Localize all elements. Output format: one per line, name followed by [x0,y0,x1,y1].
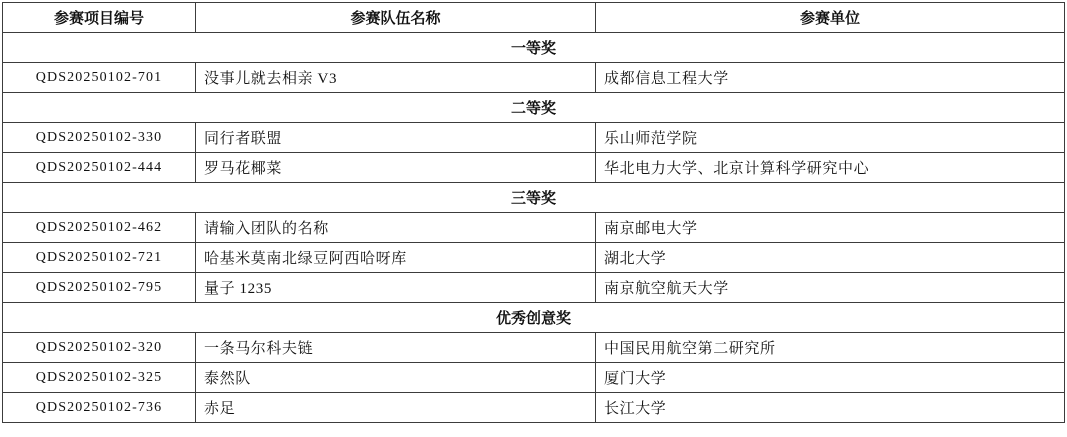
cell-team-name: 一条马尔科夫链 [196,333,596,363]
section-title: 优秀创意奖 [3,303,1065,333]
cell-organization: 长江大学 [596,393,1065,423]
table-row: QDS20250102-325 泰然队 厦门大学 [3,363,1065,393]
section-row-third-prize: 三等奖 [3,183,1065,213]
table-row: QDS20250102-444 罗马花椰菜 华北电力大学、北京计算科学研究中心 [3,153,1065,183]
awards-table: 参赛项目编号 参赛队伍名称 参赛单位 一等奖 QDS20250102-701 没… [2,2,1065,423]
cell-organization: 成都信息工程大学 [596,63,1065,93]
cell-team-name: 同行者联盟 [196,123,596,153]
cell-team-name: 哈基米莫南北绿豆阿西哈呀库 [196,243,596,273]
section-title: 三等奖 [3,183,1065,213]
table-row: QDS20250102-721 哈基米莫南北绿豆阿西哈呀库 湖北大学 [3,243,1065,273]
cell-project-id: QDS20250102-325 [3,363,196,393]
table-row: QDS20250102-330 同行者联盟 乐山师范学院 [3,123,1065,153]
cell-project-id: QDS20250102-444 [3,153,196,183]
column-header-project-id: 参赛项目编号 [3,3,196,33]
section-row-second-prize: 二等奖 [3,93,1065,123]
cell-organization: 南京航空航天大学 [596,273,1065,303]
table-row: QDS20250102-320 一条马尔科夫链 中国民用航空第二研究所 [3,333,1065,363]
section-title: 二等奖 [3,93,1065,123]
column-header-organization: 参赛单位 [596,3,1065,33]
cell-project-id: QDS20250102-795 [3,273,196,303]
table-row: QDS20250102-701 没事儿就去相亲 V3 成都信息工程大学 [3,63,1065,93]
cell-project-id: QDS20250102-320 [3,333,196,363]
column-header-team-name: 参赛队伍名称 [196,3,596,33]
cell-organization: 南京邮电大学 [596,213,1065,243]
cell-organization: 华北电力大学、北京计算科学研究中心 [596,153,1065,183]
section-title: 一等奖 [3,33,1065,63]
table-row: QDS20250102-462 请输入团队的名称 南京邮电大学 [3,213,1065,243]
cell-organization: 厦门大学 [596,363,1065,393]
table-row: QDS20250102-736 赤足 长江大学 [3,393,1065,423]
cell-project-id: QDS20250102-736 [3,393,196,423]
cell-project-id: QDS20250102-701 [3,63,196,93]
table-header-row: 参赛项目编号 参赛队伍名称 参赛单位 [3,3,1065,33]
cell-organization: 中国民用航空第二研究所 [596,333,1065,363]
awards-page: 参赛项目编号 参赛队伍名称 参赛单位 一等奖 QDS20250102-701 没… [0,0,1067,437]
cell-team-name: 没事儿就去相亲 V3 [196,63,596,93]
section-row-creativity-prize: 优秀创意奖 [3,303,1065,333]
cell-project-id: QDS20250102-462 [3,213,196,243]
cell-organization: 湖北大学 [596,243,1065,273]
cell-team-name: 罗马花椰菜 [196,153,596,183]
section-row-first-prize: 一等奖 [3,33,1065,63]
cell-project-id: QDS20250102-721 [3,243,196,273]
cell-team-name: 泰然队 [196,363,596,393]
cell-team-name: 请输入团队的名称 [196,213,596,243]
table-row: QDS20250102-795 量子 1235 南京航空航天大学 [3,273,1065,303]
cell-team-name: 赤足 [196,393,596,423]
cell-team-name: 量子 1235 [196,273,596,303]
cell-project-id: QDS20250102-330 [3,123,196,153]
cell-organization: 乐山师范学院 [596,123,1065,153]
